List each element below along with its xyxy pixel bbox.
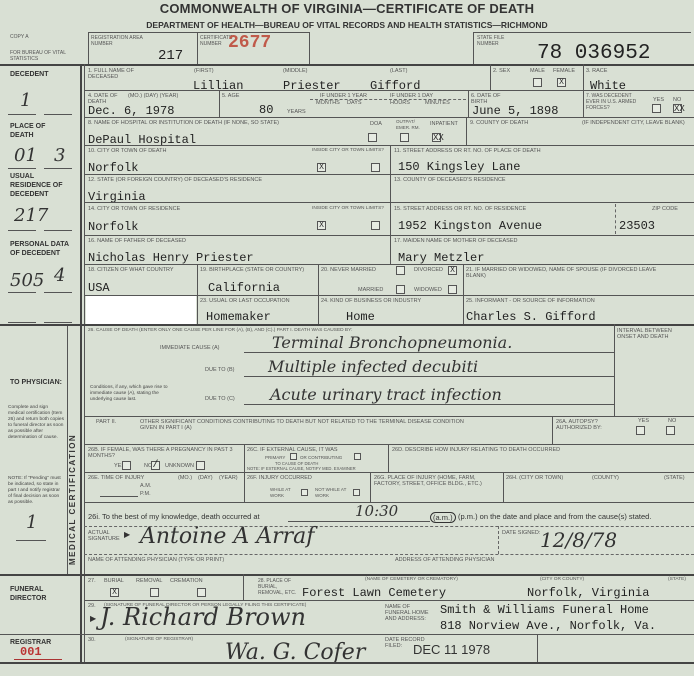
director-sig-number: 29. xyxy=(88,603,96,609)
primary-checkbox[interactable] xyxy=(290,453,297,460)
code-personal-a: 505 xyxy=(10,270,44,291)
sex-label: 2. SEX xyxy=(493,68,510,74)
armed-yes-label: yes xyxy=(653,97,664,103)
city-of-death-label: 10. CITY OR TOWN OF DEATH xyxy=(88,148,166,154)
cemetery-name: Forest Lawn Cemetery xyxy=(302,586,446,600)
contributing-checkbox[interactable] xyxy=(354,453,361,460)
registrar-sig-number: 30. xyxy=(88,637,96,643)
county-residence-label: 13. COUNTY OF DECEASED'S RESIDENCE xyxy=(394,177,506,183)
never-married-checkbox[interactable] xyxy=(396,266,405,275)
autopsy-no-checkbox[interactable] xyxy=(666,426,675,435)
code-place-a: 01 xyxy=(14,145,37,166)
due-to-b: Multiple infected decubiti xyxy=(268,357,478,376)
due-to-c: Acute urinary tract infection xyxy=(270,385,502,404)
code-physician: 1 xyxy=(26,512,37,533)
age-value: 80 xyxy=(259,103,273,117)
street-of-death-label: 11. STREET ADDRESS OR RT. NO. OF PLACE O… xyxy=(394,148,541,154)
birthplace-value: California xyxy=(208,281,280,295)
street-of-death: 150 Kingsley Lane xyxy=(398,160,520,174)
pregnancy-label: 26b. IF FEMALE, WAS THERE A PREGNANCY IN… xyxy=(88,447,238,459)
describe-injury-label: 26d. DESCRIBE HOW INJURY RELATING TO DEA… xyxy=(392,447,560,453)
funeral-home-address: 818 Norview Ave., Norfolk, Va. xyxy=(440,619,656,633)
autopsy-yes-checkbox[interactable] xyxy=(636,426,645,435)
date-filed: DEC 11 1978 xyxy=(413,642,490,657)
not-while-at-work-checkbox[interactable] xyxy=(353,489,360,496)
autopsy-no-label: no xyxy=(668,418,676,424)
side-label-decedent: DECEDENT xyxy=(10,70,49,79)
date-signed: 12/8/78 xyxy=(540,528,617,552)
female-label: female xyxy=(553,68,575,74)
pregnancy-yes-checkbox[interactable] xyxy=(122,461,131,470)
outpatient-checkbox[interactable] xyxy=(400,133,409,142)
years-label: years xyxy=(287,109,306,115)
registrar-sig-label: (signature of registrar) xyxy=(125,637,193,643)
funeral-home-name: Smith & Williams Funeral Home xyxy=(440,603,649,617)
document-subtitle: DEPARTMENT OF HEALTH—BUREAU OF VITAL REC… xyxy=(0,20,694,30)
inside-limits-label: inside city or town limits? xyxy=(312,148,384,154)
death-certificate: COMMONWEALTH OF VIRGINIA—CERTIFICATE OF … xyxy=(0,0,694,676)
removal-label: REMOVAL xyxy=(136,578,163,584)
medical-certification-label: MEDICAL CERTIFICATION xyxy=(68,434,77,565)
while-at-work-checkbox[interactable] xyxy=(301,489,308,496)
sex-female-checkbox[interactable]: X xyxy=(557,78,566,87)
zip-value: 23503 xyxy=(619,219,655,233)
business-label: 24. KIND OF BUSINESS OR INDUSTRY xyxy=(321,298,421,304)
due-to-c-label: DUE TO (C) xyxy=(205,396,235,402)
zip-label: ZIP CODE xyxy=(652,206,678,212)
physician-name-label: NAME OF ATTENDING PHYSICIAN (Type or Pri… xyxy=(88,557,224,563)
state-file-number: 78 036952 xyxy=(537,42,650,65)
never-married-label: 20. NEVER MARRIED xyxy=(321,267,376,273)
code-registrar: 001 xyxy=(20,645,42,659)
street-residence-label: 15. STREET ADDRESS OR RT. NO. OF RESIDEN… xyxy=(394,206,526,212)
am-label: A.M. xyxy=(140,483,151,489)
signature-label: ACTUAL SIGNATURE xyxy=(88,530,118,542)
time-of-injury-label: 26e. TIME OF INJURY xyxy=(88,475,144,481)
immediate-cause-label: IMMEDIATE CAUSE (A) xyxy=(160,345,220,351)
first-label: (first) xyxy=(194,68,214,74)
street-residence: 1952 Kingston Avenue xyxy=(398,219,542,233)
autopsy-label: 26a. AUTOPSY? AUTHORIZED BY: xyxy=(556,419,611,431)
burial-state-label: (state) xyxy=(668,577,686,583)
father-label: 16. NAME OF FATHER OF DECEASED xyxy=(88,238,186,244)
pending-note: NOTE: If "Pending" must be indicated, so… xyxy=(8,476,64,506)
doa-checkbox[interactable] xyxy=(368,133,377,142)
certificate-number: 2677 xyxy=(228,33,271,53)
while-at-work-label: while at work xyxy=(270,487,298,499)
city-county-label: (city or county) xyxy=(540,577,584,583)
city-of-death: Norfolk xyxy=(88,161,138,175)
certification-statement-prefix: 26i. To the best of my knowledge, death … xyxy=(88,512,260,521)
city-residence: Norfolk xyxy=(88,220,138,234)
informant-value: Charles S. Gifford xyxy=(466,310,596,324)
occupation-label: 23. USUAL OR LAST OCCUPATION xyxy=(200,298,290,304)
inside-city-yes-checkbox[interactable]: X xyxy=(317,163,326,172)
father-name: Nicholas Henry Priester xyxy=(88,251,254,265)
pm-label: P.M. xyxy=(140,491,151,497)
widowed-label: WIDOWED xyxy=(414,287,442,293)
due-to-b-label: DUE TO (B) xyxy=(205,367,234,373)
burial-checkbox[interactable]: X xyxy=(110,588,119,597)
director-signature: J. Richard Brown xyxy=(100,603,306,631)
state-residence-label: 12. STATE (OR FOREIGN COUNTRY) OF DECEAS… xyxy=(88,177,262,183)
time-mo-label: (mo.) xyxy=(178,475,192,481)
age-label: 5. AGE xyxy=(222,93,239,99)
county-note: (if independent city, leave blank) xyxy=(582,120,685,126)
code-personal-b: 4 xyxy=(54,265,65,286)
spouse-label: 21. IF MARRIED OR WIDOWED, NAME OF SPOUS… xyxy=(466,267,666,279)
county-of-death-label: 9. COUNTY OF DEATH xyxy=(470,120,528,126)
signature-arrow-icon: ▶ xyxy=(124,530,130,539)
state-file-label: STATE FILE NUMBER xyxy=(477,35,517,47)
autopsy-yes-label: yes xyxy=(638,418,649,424)
code-residence: 217 xyxy=(14,205,48,226)
married-checkbox[interactable] xyxy=(396,285,405,294)
burial-label: BURIAL xyxy=(104,578,124,584)
disposition-number: 27. xyxy=(88,578,96,584)
doa-label: DOA xyxy=(370,121,382,127)
divorced-label: DIVORCED xyxy=(414,267,443,273)
time-day-label: (day) xyxy=(198,475,213,481)
copy-label: COPY A xyxy=(10,34,29,40)
race-label: 3. RACE xyxy=(586,68,607,74)
cemetery-label: (name of cemetery or crematory) xyxy=(365,577,458,583)
cremation-label: CREMATION xyxy=(170,578,203,584)
mother-name: Mary Metzler xyxy=(398,251,484,265)
cemetery-location: Norfolk, Virginia xyxy=(527,586,649,600)
cremation-checkbox[interactable] xyxy=(197,588,206,597)
registration-area-number: 217 xyxy=(158,48,183,64)
citizen-label: 18. CITIZEN OF WHAT COUNTRY xyxy=(88,267,174,273)
code-place-b: 3 xyxy=(54,145,65,166)
injury-state-label: (state) xyxy=(664,475,685,481)
part2-text: OTHER SIGNIFICANT CONDITIONS CONTRIBUTIN… xyxy=(140,419,480,431)
minutes-label: minutes xyxy=(425,100,450,106)
for-bureau-label: FOR BUREAU OF VITAL STATISTICS xyxy=(10,50,70,62)
outpatient-label: Outpat/ Emer. Rm. xyxy=(396,119,420,131)
pregnancy-unknown-label: unknown xyxy=(165,463,194,469)
pregnancy-no-checkbox[interactable]: / xyxy=(151,461,160,470)
not-while-at-work-label: not while at work xyxy=(315,487,349,499)
inside-city-no-checkbox[interactable] xyxy=(371,163,380,172)
armed-forces-no-checkbox[interactable]: XX xyxy=(673,104,682,113)
certification-statement-suffix: (p.m.) on the date and place and from th… xyxy=(458,512,651,521)
interval-label: INTERVAL BETWEEN ONSET AND DEATH xyxy=(617,328,687,340)
business-value: Home xyxy=(346,310,375,324)
part2-label: PART II. xyxy=(96,419,116,425)
inside-limits-residence-label: inside city or town limits? xyxy=(312,206,384,212)
mother-label: 17. MAIDEN NAME OF MOTHER OF DECEASED xyxy=(394,238,517,244)
armed-forces-label: 7. WAS DECEDENT EVER IN U.S. ARMED FORCE… xyxy=(586,93,646,111)
redacted-field xyxy=(86,296,196,324)
inpatient-checkbox[interactable]: XX xyxy=(432,133,441,142)
last-label: (last) xyxy=(390,68,407,74)
birthplace-label: 19. BIRTHPLACE (state or country) xyxy=(200,267,304,273)
date-of-birth: June 5, 1898 xyxy=(472,104,558,118)
hospital-label: 8. NAME OF HOSPITAL OR INSTITUTION OF DE… xyxy=(88,120,279,126)
armed-forces-yes-checkbox[interactable] xyxy=(652,104,661,113)
time-year-label: (year) xyxy=(219,475,238,481)
side-label-funeral-director: FUNERAL DIRECTOR xyxy=(10,585,70,603)
occupation-value: Homemaker xyxy=(206,310,271,324)
injury-county-label: (county) xyxy=(592,475,619,481)
months-label: months xyxy=(316,100,340,106)
hours-label: hours xyxy=(390,100,410,106)
side-label-to-physician: TO PHYSICIAN: xyxy=(10,378,70,387)
code-decedent: 1 xyxy=(20,90,31,111)
armed-no-label: no xyxy=(673,97,681,103)
male-label: male xyxy=(530,68,545,74)
residence-inside-no-checkbox[interactable] xyxy=(371,221,380,230)
informant-label: 25. INFORMANT - OR SOURCE OF INFORMATION xyxy=(466,298,595,304)
am-circled: (a.m.) xyxy=(430,512,456,523)
funeral-home-label: NAME OF FUNERAL HOME AND ADDRESS: xyxy=(385,604,435,622)
city-residence-label: 14. CITY OR TOWN OF RESIDENCE xyxy=(88,206,180,212)
place-of-injury-label: 26g. PLACE OF INJURY (home, farm, factor… xyxy=(374,475,484,487)
divorced-checkbox[interactable]: X xyxy=(448,266,457,275)
conditions-note: Conditions, if any, which gave rise to i… xyxy=(90,385,180,403)
widowed-checkbox[interactable] xyxy=(448,285,457,294)
registration-area-label: REGISTRATION AREA NUMBER xyxy=(91,35,151,47)
removal-checkbox[interactable] xyxy=(150,588,159,597)
mo-day-year-label: (mo.) (day) (year) xyxy=(128,93,178,99)
physician-note: Complete and sign medical certification … xyxy=(8,405,64,441)
pregnancy-unknown-checkbox[interactable] xyxy=(196,461,205,470)
citizen-value: USA xyxy=(88,281,110,295)
physician-address-label: ADDRESS OF ATTENDING PHYSICIAN xyxy=(395,557,495,563)
immediate-cause: Terminal Bronchopneumonia. xyxy=(272,333,512,352)
side-label-usual-residence: USUAL RESIDENCE OF DECEDENT xyxy=(10,172,76,199)
inpatient-label: Inpatient xyxy=(430,121,458,127)
days-label: days xyxy=(347,100,362,106)
time-of-death: 10:30 xyxy=(355,502,398,520)
document-title: COMMONWEALTH OF VIRGINIA—CERTIFICATE OF … xyxy=(0,1,694,16)
place-of-burial-label: 28. PLACE OF BURIAL, REMOVAL, ETC. xyxy=(258,578,302,596)
injury-city-label: 26h. (city or town) xyxy=(506,475,563,481)
side-label-place-of-death: PLACE OF DEATH xyxy=(10,122,70,140)
sex-male-checkbox[interactable] xyxy=(533,78,542,87)
injury-occurred-label: 26f. INJURY OCCURRED xyxy=(247,475,312,481)
date-signed-label: DATE SIGNED: xyxy=(502,530,540,536)
residence-inside-yes-checkbox[interactable]: X xyxy=(317,221,326,230)
married-label: MARRIED xyxy=(358,287,383,293)
side-label-personal-data: PERSONAL DATA OF DECEDENT xyxy=(10,240,70,258)
physician-signature: Antoine A Arraf xyxy=(140,524,314,549)
middle-label: (middle) xyxy=(283,68,307,74)
full-name-label: 1. FULL NAME OF DECEASED xyxy=(88,68,148,80)
date-of-death: Dec. 6, 1978 xyxy=(88,104,174,118)
director-sig-arrow-icon: ▶ xyxy=(90,614,96,623)
